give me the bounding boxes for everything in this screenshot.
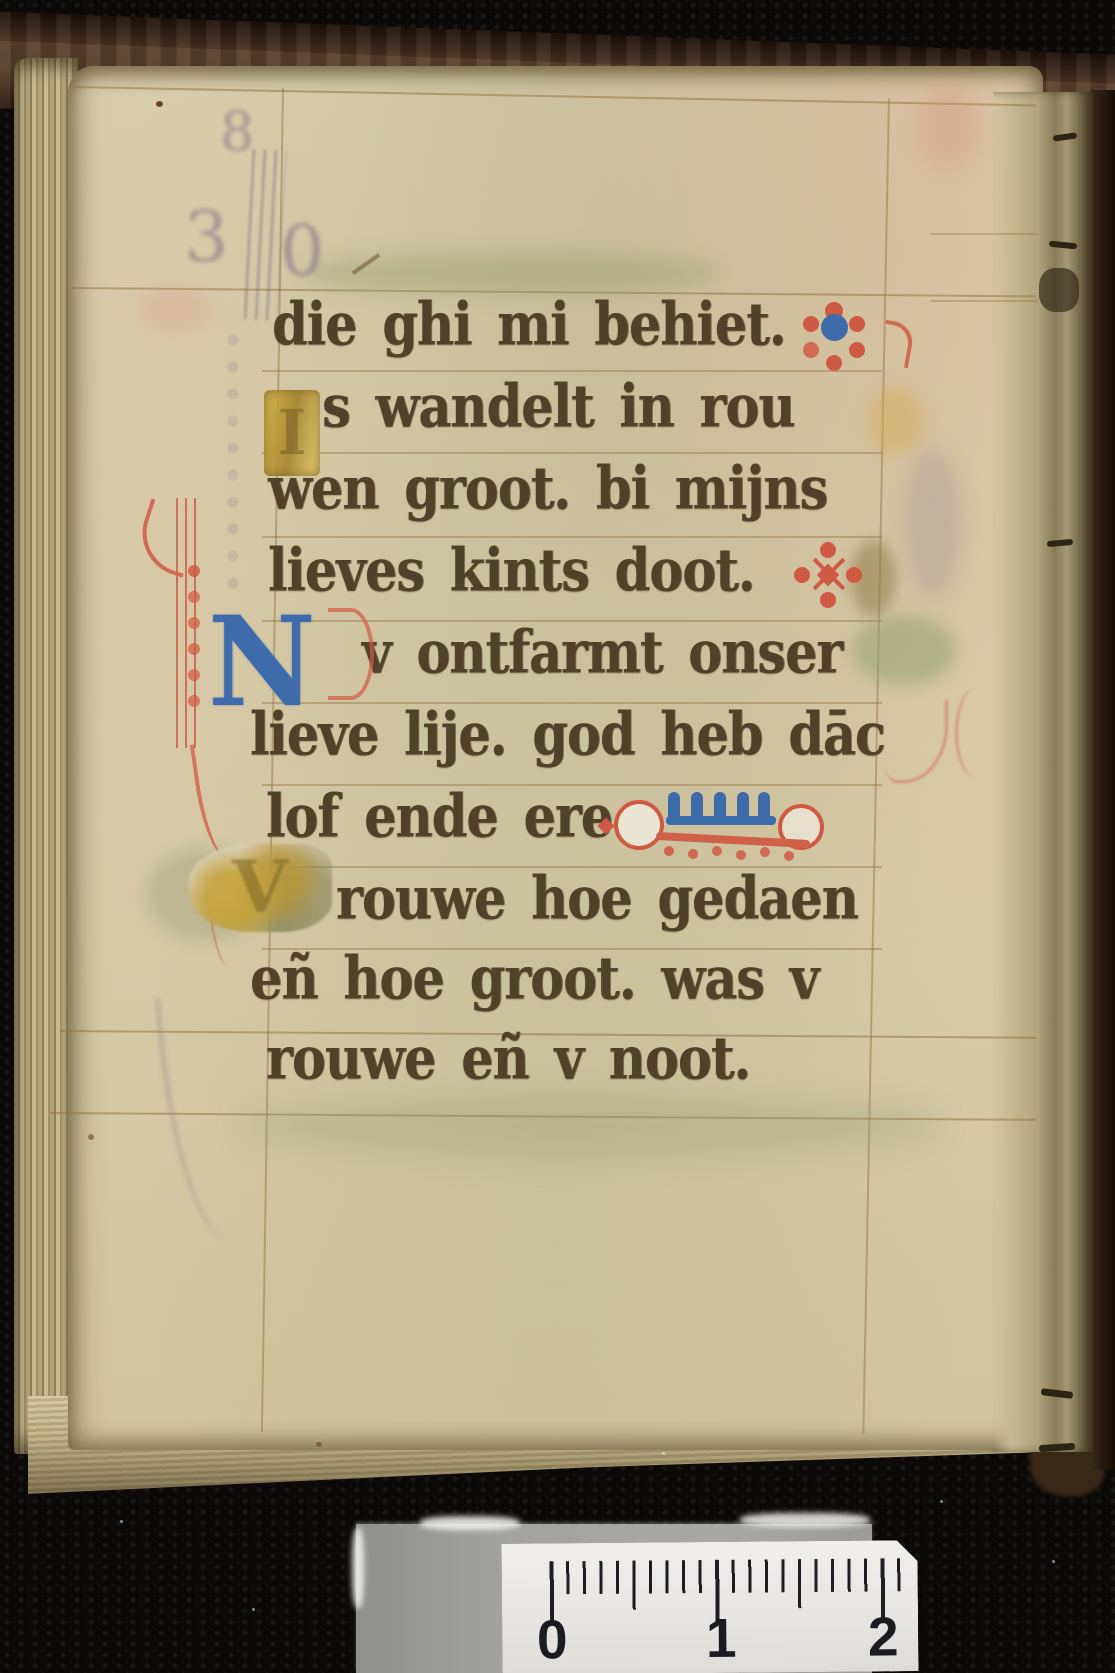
speck <box>316 1442 322 1447</box>
text-line-1: die ghi mi behiet. <box>272 296 786 355</box>
flower-roundel <box>798 302 874 378</box>
flower-center <box>821 314 848 341</box>
dust <box>252 1608 255 1611</box>
stitch-stain <box>1039 268 1079 312</box>
green-stain <box>300 252 720 294</box>
dust <box>662 1452 665 1455</box>
red-penwork-flourish <box>328 608 374 700</box>
gray-showthrough <box>905 448 961 600</box>
green-stain-band <box>240 1095 940 1157</box>
text-line-4: lieves kints doot. <box>268 542 755 601</box>
stitch-slit <box>1039 1443 1075 1452</box>
filler-circle-left <box>614 800 664 850</box>
filler-diamond <box>598 818 615 835</box>
text-line-5: v ontfarmt onser <box>362 624 842 683</box>
text-line-10: rouwe eñ v noot. <box>266 1030 750 1089</box>
scale-ruler: 0 1 2 <box>501 1540 918 1673</box>
text-line-8: rouwe hoe gedaen <box>336 870 858 929</box>
stitch-slit <box>1053 132 1078 141</box>
gold-showthrough <box>868 388 924 454</box>
card-fuzz <box>420 1516 520 1530</box>
text-line-3: wen groot. bi mijns <box>268 460 827 519</box>
text-line-7: lof ende ere. <box>266 788 629 847</box>
card-fuzz <box>352 1528 364 1608</box>
stitch-slit <box>1049 241 1077 250</box>
red-cross-flourish <box>790 540 866 612</box>
speck <box>88 1134 94 1140</box>
gold-initial-V: V <box>188 844 332 932</box>
ruling-line-gutter <box>930 300 1038 302</box>
speck <box>156 101 163 107</box>
ruler-label-2: 2 <box>863 1604 904 1668</box>
blue-initial-N: N <box>208 600 316 724</box>
stitch-slit <box>1047 539 1073 547</box>
filler-crown-bar <box>666 816 776 825</box>
green-stain <box>852 615 956 685</box>
penwork-line-filler <box>600 786 832 864</box>
dust <box>120 1520 123 1523</box>
photo-manuscript-on-black-cloth: { "manuscript": { "language": "Middle Du… <box>0 0 1115 1673</box>
stitch-slit <box>1041 1388 1074 1399</box>
pink-stain <box>918 85 980 170</box>
ruler-label-0: 0 <box>532 1607 573 1671</box>
showthrough-mark: 0 <box>280 210 325 292</box>
red-showthrough-curl <box>955 688 998 778</box>
dust <box>1052 1560 1055 1563</box>
leather-cover-right-edge <box>1090 90 1115 1470</box>
filler-crown-spikes <box>668 792 680 818</box>
text-line-2: s wandelt in rou <box>322 378 794 437</box>
showthrough-mark: 3 <box>184 196 229 278</box>
filler-red-scallops <box>664 846 674 856</box>
ruling-line-gutter <box>930 233 1038 235</box>
showthrough-mark: 8 <box>220 100 254 163</box>
text-line-9: eñ hoe groot. was v <box>250 950 818 1009</box>
dust <box>940 1500 943 1503</box>
gold-initial-I: I <box>264 390 320 476</box>
pink-stain <box>138 286 210 332</box>
card-fuzz <box>740 1513 870 1527</box>
ruler-label-1: 1 <box>701 1606 742 1670</box>
text-line-6: lieve lije. god heb dāc <box>250 706 885 765</box>
showthrough-chain <box>222 330 244 602</box>
